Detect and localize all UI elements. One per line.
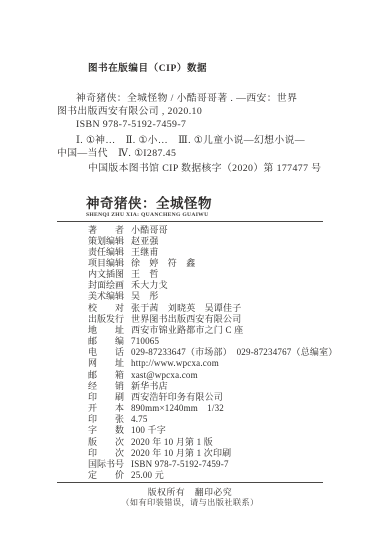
credit-value: 徐 婷 符 鑫 [131, 258, 195, 268]
title-block: 神奇猪侠：全城怪物 SHENQI ZHU XIA: QUANCHENG GUAI… [86, 197, 323, 218]
credit-row: 美术编辑吴 彤 [57, 291, 323, 302]
divider-rule-top [57, 221, 323, 222]
credit-label: 著 者 [88, 225, 125, 236]
credit-value: 4.75 [131, 414, 148, 424]
credit-value: 王 哲 [131, 269, 159, 279]
credit-row: 版 次2020 年 10 月第 1 版 [57, 437, 323, 448]
credit-value: ISBN 978-7-5192-7459-7 [131, 459, 229, 469]
credit-value: 赵亚强 [131, 236, 159, 246]
credit-value: xast@wpcxa.com [131, 370, 198, 380]
credit-label: 策划编辑 [88, 236, 125, 247]
credit-label: 印 刷 [88, 392, 125, 403]
credit-row: 网 址http://www.wpcxa.com [57, 358, 323, 369]
credit-label: 字 数 [88, 425, 125, 436]
credit-value: 世界图书出版西安有限公司 [131, 314, 241, 324]
credit-label: 开 本 [88, 403, 125, 414]
cip-record-note: 中国版本图书馆 CIP 数据核字（2020）第 177477 号 [88, 163, 323, 174]
misprint-notice: （如有印装错误，请与出版社联系） [57, 498, 323, 507]
credit-value: http://www.wpcxa.com [131, 358, 219, 368]
credit-label: 网 址 [88, 358, 125, 369]
divider-rule-bottom [57, 482, 323, 483]
credit-row: 印 张4.75 [57, 414, 323, 425]
cip-heading: 图书在版编目（CIP）数据 [88, 64, 323, 75]
copyright-page: 图书在版编目（CIP）数据 神奇猪侠：全城怪物 / 小酷哥哥著 . —西安：世界… [0, 0, 375, 550]
credit-value: 2020 年 10 月第 1 次印刷 [131, 448, 231, 458]
credit-label: 校 对 [88, 303, 125, 314]
credit-row: 印 刷西安浩轩印务有限公司 [57, 392, 323, 403]
book-title: 神奇猪侠：全城怪物 [86, 197, 323, 211]
credit-row: 国际书号ISBN 978-7-5192-7459-7 [57, 459, 323, 470]
credit-row: 定 价25.00 元 [57, 470, 323, 481]
cip-classification-line2: 中国—当代 Ⅳ. ①I287.45 [57, 148, 323, 161]
credit-label: 经 销 [88, 381, 125, 392]
credits-list: 著 者小酷哥哥 策划编辑赵亚强 责任编辑王继甫 项目编辑徐 婷 符 鑫 内文插图… [57, 225, 323, 482]
credit-row: 字 数100 千字 [57, 425, 323, 436]
credit-value: 2020 年 10 月第 1 版 [131, 437, 213, 447]
credit-row: 开 本890mm×1240mm 1/32 [57, 403, 323, 414]
credit-value: 25.00 元 [131, 470, 164, 480]
credit-value: 新华书店 [131, 381, 168, 391]
page-content: 图书在版编目（CIP）数据 神奇猪侠：全城怪物 / 小酷哥哥著 . —西安：世界… [57, 0, 323, 507]
credit-value: 吴 彤 [131, 291, 159, 301]
credit-label: 版 次 [88, 437, 125, 448]
cip-description: 神奇猪侠：全城怪物 / 小酷哥哥著 . —西安：世界 图书出版西安有限公司 , … [57, 93, 323, 132]
credit-row: 策划编辑赵亚强 [57, 236, 323, 247]
credit-row: 邮 箱xast@wpcxa.com [57, 370, 323, 381]
credit-label: 项目编辑 [88, 258, 125, 269]
cip-description-line2: 图书出版西安有限公司 , 2020.10 [57, 106, 323, 119]
credit-label: 国际书号 [88, 459, 125, 470]
credit-label: 定 价 [88, 470, 125, 481]
credit-label: 责任编辑 [88, 247, 125, 258]
cip-classification: Ⅰ. ①神… Ⅱ. ①小… Ⅲ. ①儿童小说—幻想小说— 中国—当代 Ⅳ. ①I… [57, 135, 323, 161]
credit-label: 内文插图 [88, 269, 125, 280]
credit-label: 电 话 [88, 347, 125, 358]
credit-label: 地 址 [88, 325, 125, 336]
credit-row: 著 者小酷哥哥 [57, 225, 323, 236]
credit-value: 张于茜 刘晓英 吴谭佳子 [131, 303, 241, 313]
credit-value: 710065 [131, 336, 159, 346]
cip-classification-line1: Ⅰ. ①神… Ⅱ. ①小… Ⅲ. ①儿童小说—幻想小说— [57, 135, 323, 148]
credit-value: 890mm×1240mm 1/32 [131, 403, 224, 413]
credit-label: 美术编辑 [88, 291, 125, 302]
credit-label: 印 次 [88, 448, 125, 459]
credit-row: 地 址西安市锦业路都市之门 C 座 [57, 325, 323, 336]
credit-value: 西安市锦业路都市之门 C 座 [131, 325, 243, 335]
credit-value: 王继甫 [131, 247, 159, 257]
credit-row: 经 销新华书店 [57, 381, 323, 392]
credit-value: 100 千字 [131, 425, 166, 435]
credit-row: 校 对张于茜 刘晓英 吴谭佳子 [57, 303, 323, 314]
credit-label: 邮 箱 [88, 370, 125, 381]
credit-value: 029-87233647（市场部） 029-87234767（总编室） [131, 347, 338, 357]
credit-row: 印 次2020 年 10 月第 1 次印刷 [57, 448, 323, 459]
credit-label: 封面绘画 [88, 280, 125, 291]
footer: 版权所有 翻印必究 （如有印装错误，请与出版社联系） [57, 487, 323, 507]
credit-row: 封面绘画禾大力戈 [57, 280, 323, 291]
copyright-notice: 版权所有 翻印必究 [57, 487, 323, 497]
credit-label: 出版发行 [88, 314, 125, 325]
credit-row: 邮 编710065 [57, 336, 323, 347]
credit-row: 责任编辑王继甫 [57, 247, 323, 258]
credit-row: 内文插图王 哲 [57, 269, 323, 280]
credit-value: 西安浩轩印务有限公司 [131, 392, 223, 402]
book-title-pinyin: SHENQI ZHU XIA: QUANCHENG GUAIWU [86, 212, 323, 218]
credit-value: 禾大力戈 [131, 280, 168, 290]
credit-row: 项目编辑徐 婷 符 鑫 [57, 258, 323, 269]
credit-value: 小酷哥哥 [131, 225, 168, 235]
cip-isbn-line: ISBN 978-7-5192-7459-7 [57, 119, 323, 132]
cip-description-line1: 神奇猪侠：全城怪物 / 小酷哥哥著 . —西安：世界 [57, 93, 323, 106]
credit-row: 出版发行世界图书出版西安有限公司 [57, 314, 323, 325]
credit-row: 电 话029-87233647（市场部） 029-87234767（总编室） [57, 347, 323, 358]
credit-label: 印 张 [88, 414, 125, 425]
credit-label: 邮 编 [88, 336, 125, 347]
